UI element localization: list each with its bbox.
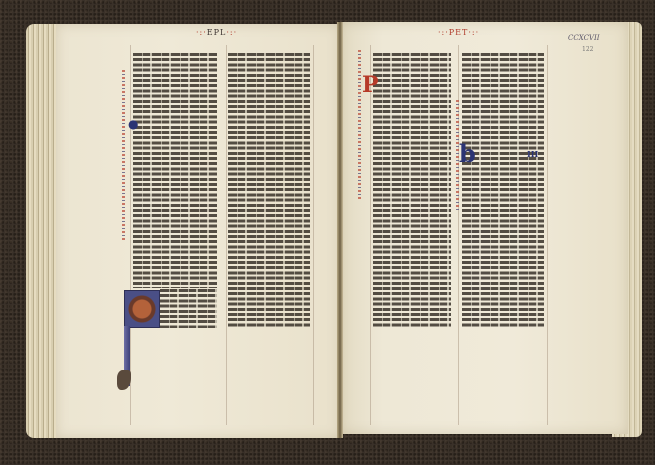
ruling-line bbox=[313, 45, 314, 425]
ruling-line bbox=[226, 45, 227, 425]
open-manuscript: ·:·EPL·:· ·:·PET·:· CCXCVII 122 ● P b II… bbox=[0, 0, 655, 465]
ruling-line bbox=[130, 45, 131, 425]
left-running-head: ·:·EPL·:· bbox=[196, 28, 237, 37]
pencil-foliation: 122 bbox=[582, 46, 593, 53]
blue-initial-b: b bbox=[459, 142, 476, 166]
ruling-line bbox=[547, 45, 548, 425]
penwork-flourish bbox=[122, 70, 125, 240]
text-column-right-2 bbox=[462, 52, 544, 328]
text-column-left-1 bbox=[133, 52, 217, 288]
red-initial-p: P bbox=[362, 74, 379, 96]
chapter-number: III bbox=[527, 150, 538, 158]
blue-paragraph-initial: ● bbox=[128, 118, 138, 130]
folio-number: CCXCVII bbox=[568, 34, 600, 42]
running-head-ornament: ·:· bbox=[438, 28, 449, 37]
text-column-left-1-tail bbox=[160, 288, 217, 328]
ruling-line bbox=[370, 45, 371, 425]
running-head-text: PET bbox=[449, 28, 469, 37]
book-gutter bbox=[337, 22, 343, 438]
penwork-flourish bbox=[358, 50, 361, 200]
right-running-head: ·:·PET·:· bbox=[438, 28, 479, 37]
text-column-right-1 bbox=[373, 52, 451, 328]
running-head-ornament: ·:· bbox=[468, 28, 479, 37]
historiated-initial bbox=[124, 290, 160, 328]
running-head-text: EPL bbox=[207, 28, 227, 37]
running-head-ornament: ·:· bbox=[196, 28, 207, 37]
running-head-ornament: ·:· bbox=[226, 28, 237, 37]
text-column-left-2 bbox=[228, 52, 310, 328]
